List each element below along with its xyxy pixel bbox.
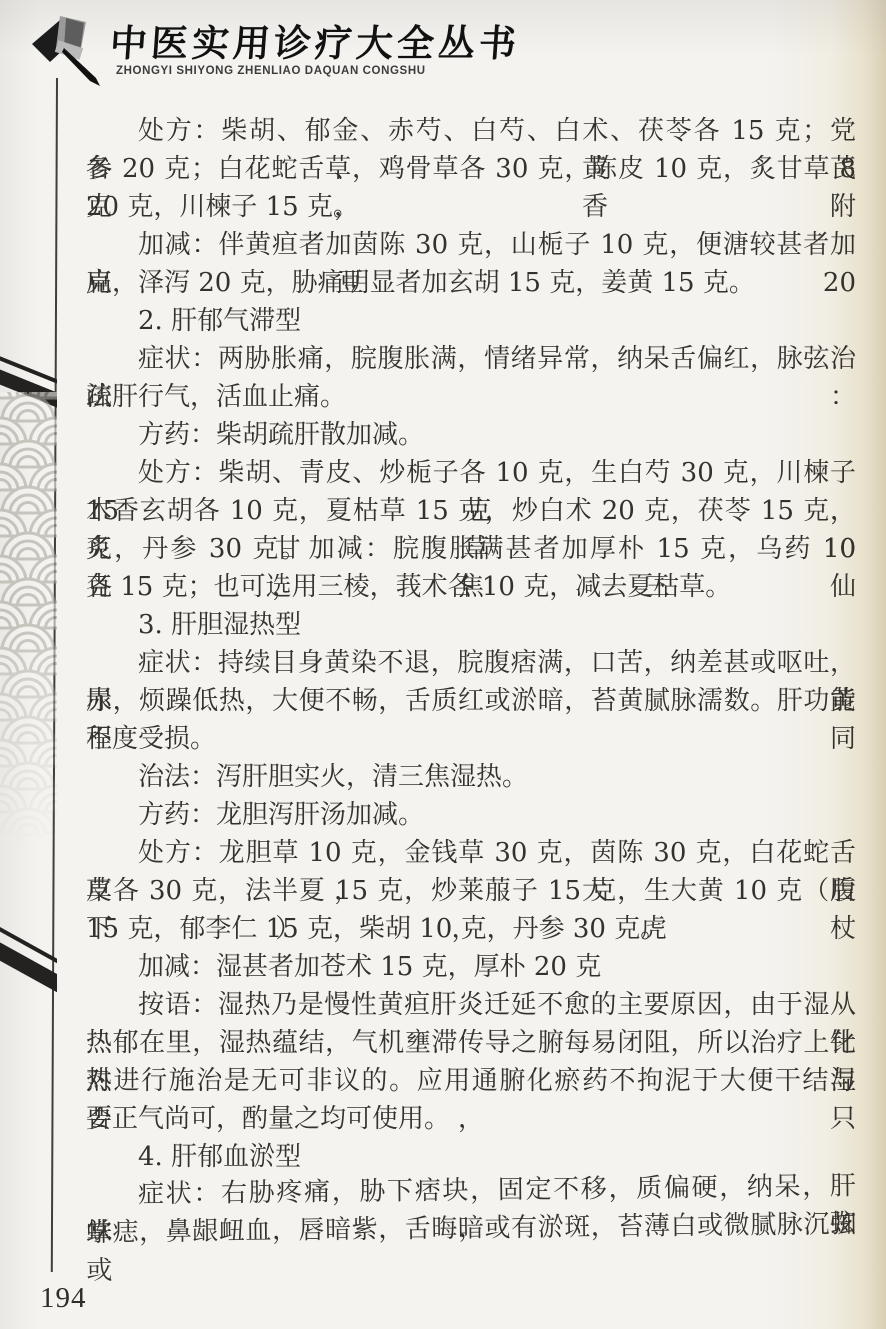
body-text: 处方：柴胡、郁金、赤芍、白芍、白术、茯苓各 15 克；党参、黄芪各 20 克；白…	[86, 112, 856, 1252]
page-number: 194	[40, 1282, 87, 1315]
text-line: 方药：龙胆泻肝汤加减。	[86, 796, 856, 834]
text-line: 克，丹参 30 克。加减：脘腹胀满甚者加厚朴 15 克，乌药 10 克，焦三仙	[86, 530, 856, 568]
text-line: 各 20 克；白花蛇舌草，鸡骨草各 30 克，陈皮 10 克，炙甘草 8 克，香…	[86, 150, 856, 188]
text-line: 赤，烦躁低热，大便不畅，舌质红或淤暗，苔黄腻脉濡数。肝功能不同	[86, 682, 856, 720]
text-line: 热进行施治是无可非议的。应用通腑化瘀药不拘泥于大便干结与否，只	[86, 1062, 856, 1100]
text-line: 治法：泻肝胆实火，清三焦湿热。	[86, 758, 856, 796]
text-line: 处方：柴胡、青皮、炒栀子各 10 克，生白芍 30 克，川楝子 15 克，	[86, 454, 856, 492]
text-line: 2. 肝郁气滞型	[86, 302, 856, 340]
text-line: 皮各 30 克，法半夏 15 克，炒莱菔子 15 克，生大黄 10 克（后下），…	[86, 872, 856, 910]
book-page: 中医实用诊疗大全丛书 ZHONGYI SHIYONG ZHENLIAO DAQU…	[0, 0, 886, 1329]
series-title-pinyin: ZHONGYI SHIYONG ZHENLIAO DAQUAN CONGSHU	[116, 65, 520, 77]
text-line: 加减：湿甚者加苍术 15 克，厚朴 20 克	[86, 948, 856, 986]
text-line: 症状：两胁胀痛，脘腹胀满，情绪异常，纳呆舌偏红，脉弦治法：	[86, 340, 856, 378]
text-line: 蛛痣，鼻龈衄血，唇暗紫，舌晦暗或有淤斑，苔薄白或微腻脉沉弦或	[86, 1205, 856, 1252]
series-title: 中医实用诊疗大全丛书	[109, 24, 522, 63]
seigaiha-wave-pattern-icon	[0, 392, 57, 847]
text-line: 处方：龙胆草 10 克，金钱草 30 克，茵陈 30 克，白花蛇舌草，大腹	[86, 834, 856, 872]
text-line: 加减：伴黄疸者加茵陈 30 克，山栀子 10 克，便溏较甚者加扁豆 20	[86, 226, 856, 264]
text-line: 克，泽泻 20 克，胁痛明显者加玄胡 15 克，姜黄 15 克。	[86, 264, 856, 302]
series-header: 中医实用诊疗大全丛书 ZHONGYI SHIYONG ZHENLIAO DAQU…	[26, 8, 520, 92]
diagonal-stripe-bottom	[0, 916, 57, 1000]
text-line: 处方：柴胡、郁金、赤芍、白芍、白术、茯苓各 15 克；党参、黄芪	[86, 112, 856, 150]
text-line: 3. 肝胆湿热型	[86, 606, 856, 644]
text-line: 热郁在里，湿热蕴结，气机壅滞传导之腑每易闭阻，所以治疗上针对湿	[86, 1024, 856, 1062]
text-line: 方药：柴胡疏肝散加减。	[86, 416, 856, 454]
text-line: 木香玄胡各 10 克，夏枯草 15 克，炒白术 20 克，茯苓 15 克，炙甘草…	[86, 492, 856, 530]
text-line: 按语：湿热乃是慢性黄疸肝炎迁延不愈的主要原因，由于湿从热化	[86, 986, 856, 1024]
books-and-brush-logo-icon	[26, 8, 106, 92]
text-line: 症状：持续目身黄染不退，脘腹痞满，口苦，纳差甚或呕吐，尿黄	[86, 644, 856, 682]
